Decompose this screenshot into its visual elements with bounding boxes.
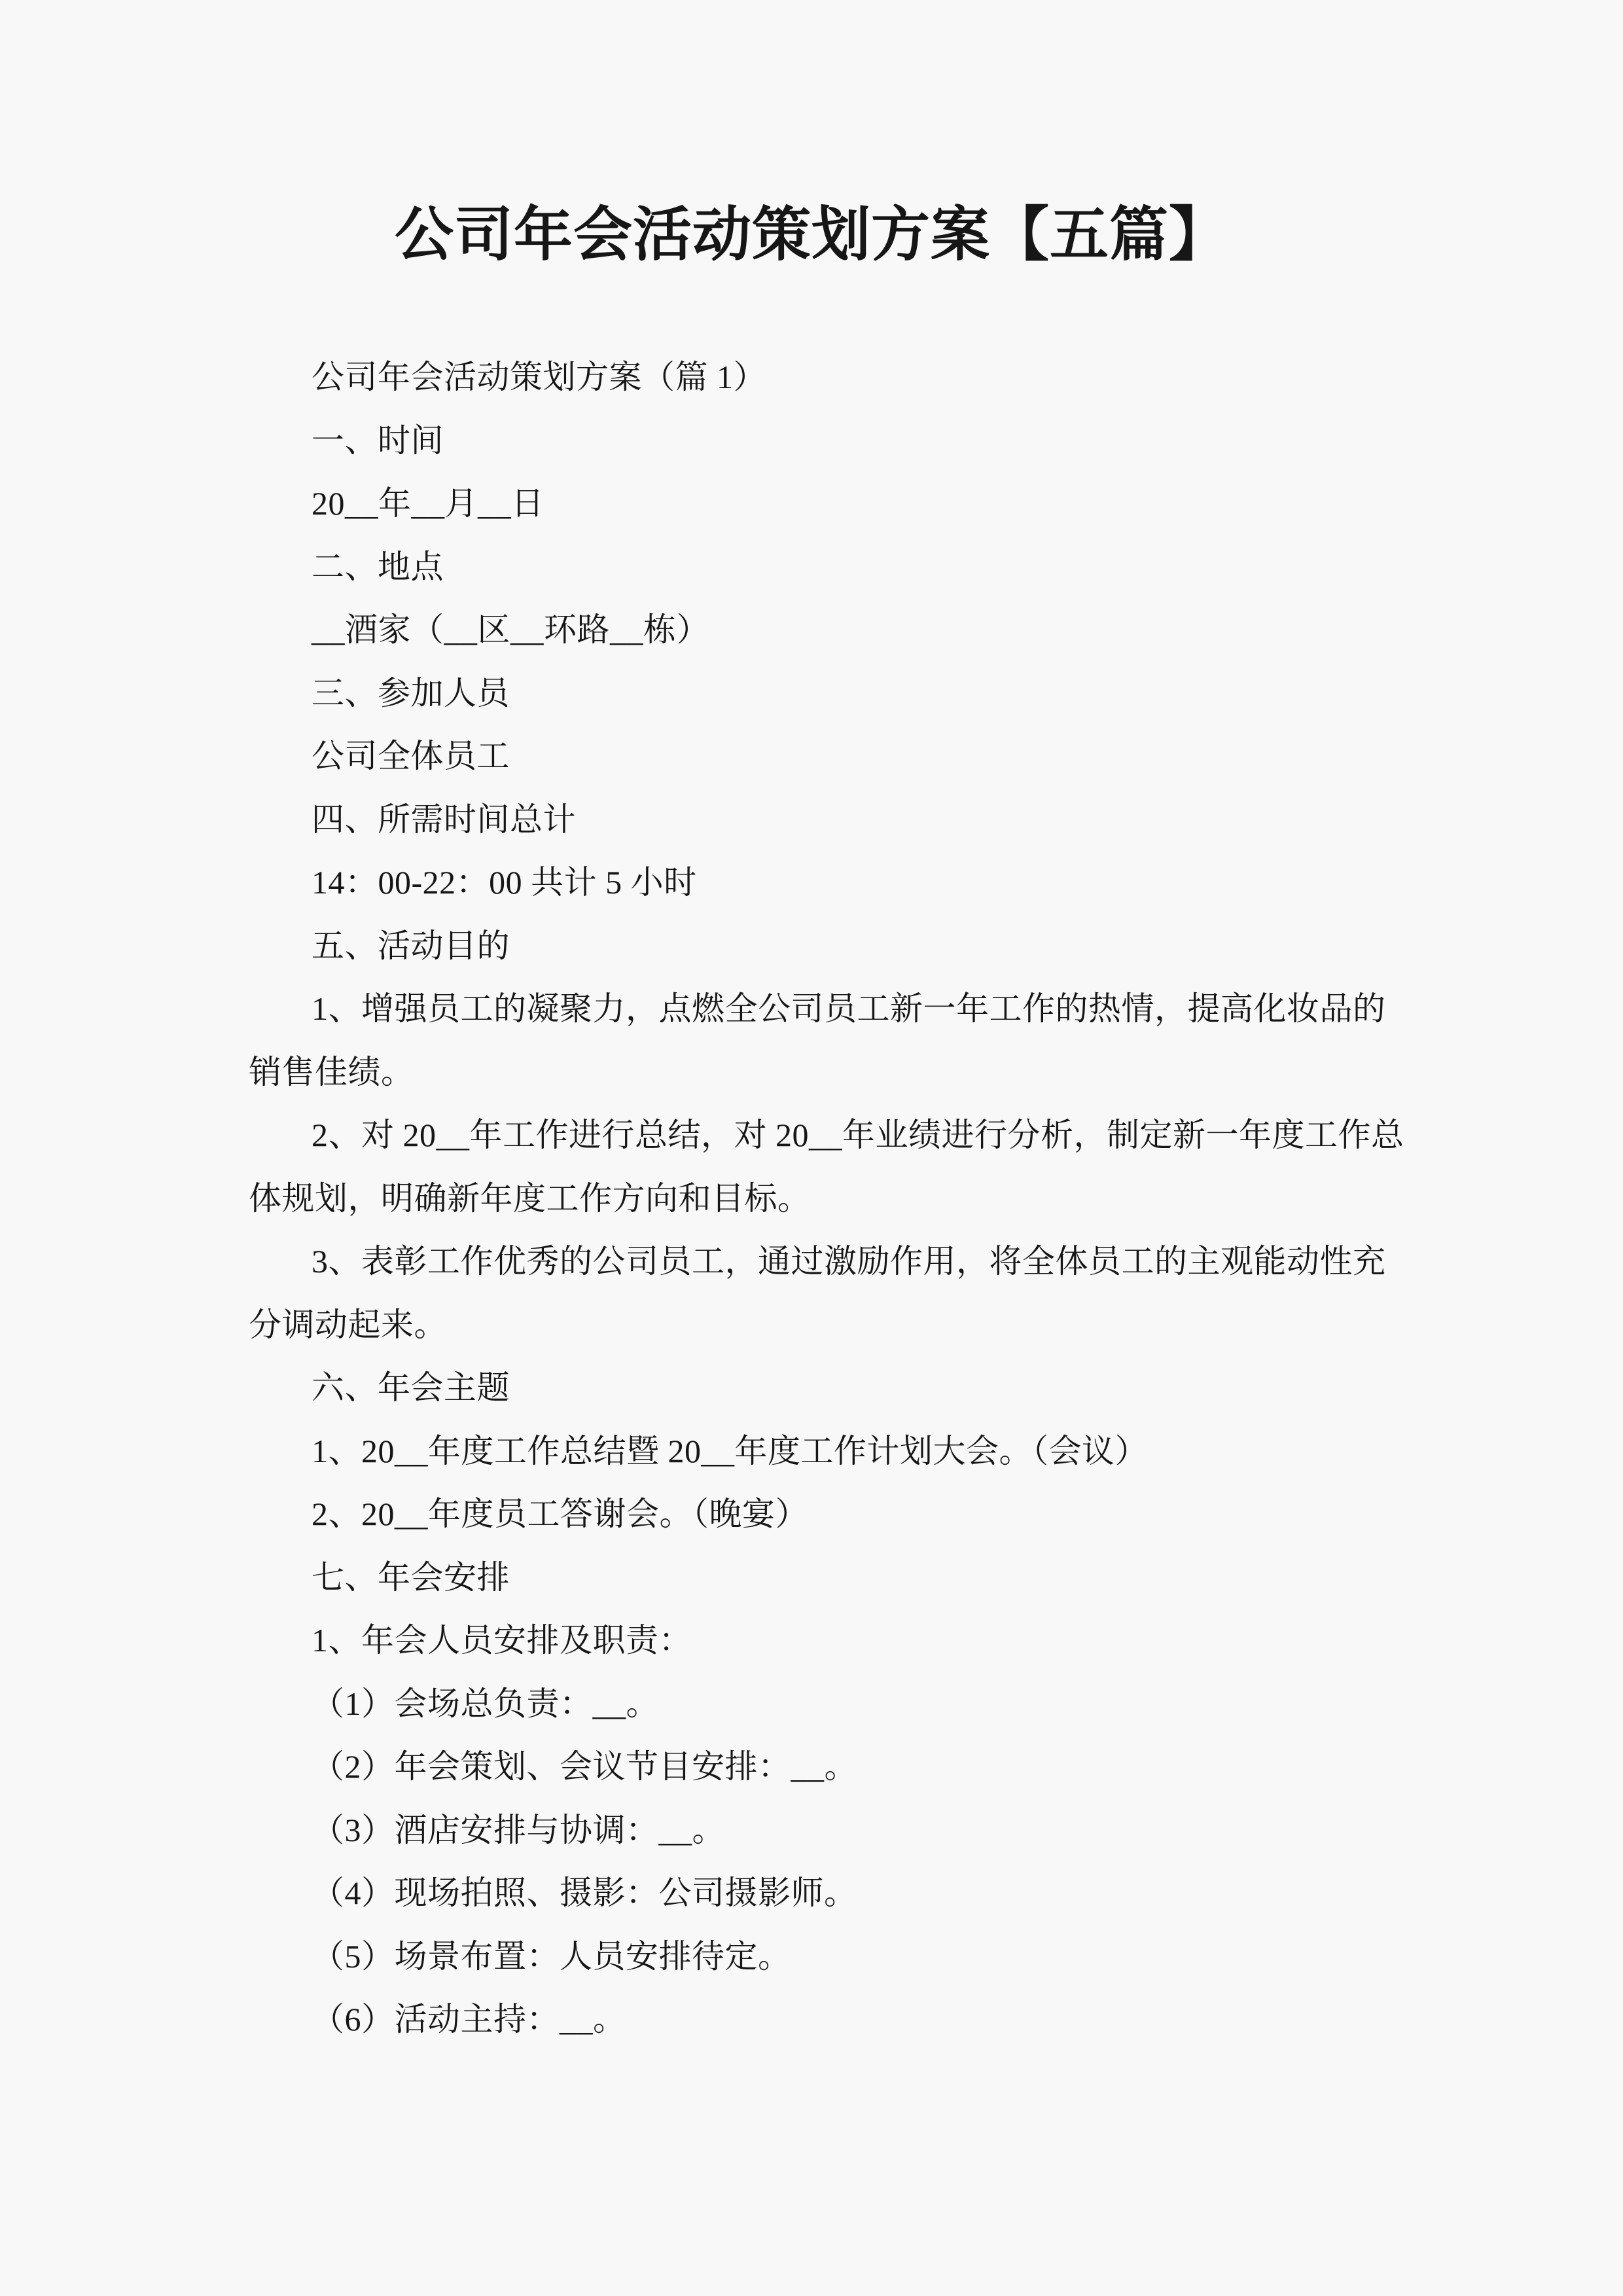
document-line: 20__年__月__日 xyxy=(249,472,1387,535)
document-line: 2、20__年度员工答谢会。（晚宴） xyxy=(249,1482,1387,1546)
document-line: 一、时间 xyxy=(249,409,1387,473)
document-line: 3、表彰工作优秀的公司员工，通过激励作用，将全体员工的主观能动性充 xyxy=(249,1230,1387,1293)
document-line: 销售佳绩。 xyxy=(249,1041,1387,1104)
document-line: （1）会场总负责：__。 xyxy=(249,1672,1387,1736)
document-line: 六、年会主题 xyxy=(249,1356,1387,1420)
document-line: 1、增强员工的凝聚力，点燃全公司员工新一年工作的热情，提高化妆品的 xyxy=(249,977,1387,1041)
document-line: 公司年会活动策划方案（篇 1） xyxy=(249,346,1387,409)
document-line: __酒家（__区__环路__栋） xyxy=(249,598,1387,662)
document-line: （4）现场拍照、摄影：公司摄影师。 xyxy=(249,1861,1387,1925)
document-line: 五、活动目的 xyxy=(249,914,1387,978)
document-line: （5）场景布置：人员安排待定。 xyxy=(249,1925,1387,1988)
document-line: 1、20__年度工作总结暨 20__年度工作计划大会。（会议） xyxy=(249,1420,1387,1483)
document-line: （3）酒店安排与协调：__。 xyxy=(249,1799,1387,1862)
document-line: 七、年会安排 xyxy=(249,1546,1387,1609)
document-line: 体规划，明确新年度工作方向和目标。 xyxy=(249,1167,1387,1230)
document-line: 分调动起来。 xyxy=(249,1293,1387,1357)
document-line: 四、所需时间总计 xyxy=(249,788,1387,852)
document-line: 2、对 20__年工作进行总结，对 20__年业绩进行分析，制定新一年度工作总 xyxy=(249,1103,1387,1167)
document-line: （6）活动主持：__。 xyxy=(249,1988,1387,2051)
document-title: 公司年会活动策划方案【五篇】 xyxy=(0,195,1623,276)
document-page: { "doc": { "background_color": "#f8f8f8"… xyxy=(0,0,1623,2296)
document-line: 三、参加人员 xyxy=(249,662,1387,725)
document-line: 二、地点 xyxy=(249,535,1387,599)
document-line: 1、年会人员安排及职责： xyxy=(249,1609,1387,1672)
document-line: 14：00-22：00 共计 5 小时 xyxy=(249,851,1387,914)
document-line: 公司全体员工 xyxy=(249,725,1387,788)
document-line: （2）年会策划、会议节目安排：__。 xyxy=(249,1735,1387,1799)
document-body: 公司年会活动策划方案（篇 1）一、时间20__年__月__日二、地点__酒家（_… xyxy=(249,346,1387,2051)
